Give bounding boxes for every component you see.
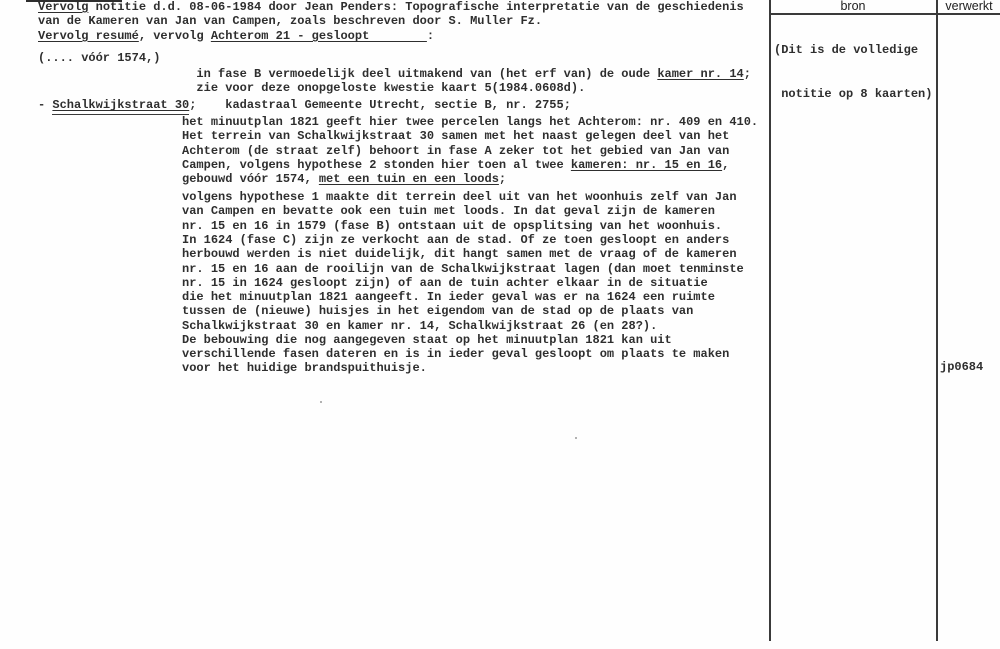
document-line: tussen de (nieuwe) huisjes in het eigend… (38, 305, 693, 318)
text-segment: - (38, 98, 52, 112)
underlined-text: kamer nr. 14 (657, 67, 743, 81)
underlined-text: met een tuin en een loods (319, 172, 499, 186)
bron-column-header: bron (770, 0, 936, 13)
text-segment: (.... vóór 1574,) (38, 51, 160, 65)
text-segment: In 1624 (fase C) zijn ze verkocht aan de… (38, 233, 729, 247)
document-line: nr. 15 in 1624 gesloopt zijn) of aan de … (38, 277, 708, 290)
text-segment: nr. 15 in 1624 gesloopt zijn) of aan de … (38, 276, 708, 290)
document-line: van Campen en bevatte ook een tuin met l… (38, 205, 715, 218)
verwerkt-code: jp0684 (940, 361, 983, 374)
text-segment: ; (499, 172, 506, 186)
document-line: Schalkwijkstraat 30 en kamer nr. 14, Sch… (38, 320, 657, 333)
document-line: Het terrein van Schalkwijkstraat 30 same… (38, 130, 729, 143)
text-segment: volgens hypothese 1 maakte dit terrein d… (38, 190, 737, 204)
document-line: - Schalkwijkstraat 30; kadastraal Gemeen… (38, 99, 571, 112)
text-segment: die het minuutplan 1821 aangeeft. In ied… (38, 290, 715, 304)
text-segment: voor het huidige brandspuithuisje. (38, 361, 427, 375)
scan-speck (320, 401, 322, 403)
underlined-text: Vervolg resumé (38, 29, 139, 43)
text-segment: herbouwd werden is niet duidelijk, dit h… (38, 247, 737, 261)
text-segment: notitie d.d. 08-06-1984 door Jean Pender… (88, 0, 743, 14)
underlined-text: Achterom 21 - gesloopt (211, 29, 427, 43)
text-segment: zie voor deze onopgeloste kwestie kaart … (38, 81, 585, 95)
text-segment: Het terrein van Schalkwijkstraat 30 same… (38, 129, 729, 143)
text-segment: verschillende fasen dateren en is in ied… (38, 347, 729, 361)
text-segment: Campen, volgens hypothese 2 stonden hier… (38, 158, 571, 172)
document-line: herbouwd werden is niet duidelijk, dit h… (38, 248, 737, 261)
text-segment: in fase B vermoedelijk deel uitmakend va… (38, 67, 657, 81)
text-segment: , vervolg (139, 29, 211, 43)
scan-speck (575, 437, 577, 439)
document-line: gebouwd vóór 1574, met een tuin en een l… (38, 173, 506, 186)
document-line: van de Kameren van Jan van Campen, zoals… (38, 15, 542, 28)
document-line: Vervolg notitie d.d. 08-06-1984 door Jea… (38, 1, 744, 14)
bron-note: (Dit is de volledige notitie op 8 kaarte… (774, 14, 932, 131)
document-line: Campen, volgens hypothese 2 stonden hier… (38, 159, 729, 172)
document-line: die het minuutplan 1821 aangeeft. In ied… (38, 291, 715, 304)
text-segment: nr. 15 en 16 in 1579 (fase B) ontstaan u… (38, 219, 722, 233)
text-segment: van de Kameren van Jan van Campen, zoals… (38, 14, 542, 28)
scanned-page: Vervolg notitie d.d. 08-06-1984 door Jea… (0, 0, 1000, 649)
document-line: zie voor deze onopgeloste kwestie kaart … (38, 82, 585, 95)
text-segment: van Campen en bevatte ook een tuin met l… (38, 204, 715, 218)
text-segment: De bebouwing die nog aangegeven staat op… (38, 333, 672, 347)
underlined-text: kameren: nr. 15 en 16 (571, 158, 722, 172)
document-line: Achterom (de straat zelf) behoort in fas… (38, 145, 729, 158)
text-segment: ; kadastraal Gemeente Utrecht, sectie B,… (189, 98, 571, 112)
document-line: Vervolg resumé, vervolg Achterom 21 - ge… (38, 30, 434, 43)
document-line: in fase B vermoedelijk deel uitmakend va… (38, 68, 751, 81)
text-segment: Schalkwijkstraat 30 en kamer nr. 14, Sch… (38, 319, 657, 333)
document-line: voor het huidige brandspuithuisje. (38, 362, 427, 375)
document-line: In 1624 (fase C) zijn ze verkocht aan de… (38, 234, 729, 247)
underlined-text: Vervolg (38, 0, 88, 14)
bron-note-line: notitie op 8 kaarten) (774, 87, 932, 102)
verwerkt-column-header: verwerkt (938, 0, 1000, 13)
document-line: nr. 15 en 16 aan de rooilijn van de Scha… (38, 263, 744, 276)
bron-note-line: (Dit is de volledige (774, 43, 932, 58)
document-line: nr. 15 en 16 in 1579 (fase B) ontstaan u… (38, 220, 722, 233)
document-line: verschillende fasen dateren en is in ied… (38, 348, 729, 361)
text-segment: : (427, 29, 434, 43)
form-rule-vertical-middle (936, 0, 938, 641)
text-segment: ; (744, 67, 751, 81)
document-line: volgens hypothese 1 maakte dit terrein d… (38, 191, 737, 204)
text-segment: Achterom (de straat zelf) behoort in fas… (38, 144, 729, 158)
text-segment: gebouwd vóór 1574, (38, 172, 319, 186)
text-segment: tussen de (nieuwe) huisjes in het eigend… (38, 304, 693, 318)
text-segment: , (722, 158, 729, 172)
document-line: (.... vóór 1574,) (38, 52, 160, 65)
underlined-text: Schalkwijkstraat 30 (52, 98, 189, 115)
form-rule-vertical-left (769, 0, 771, 641)
document-line: het minuutplan 1821 geeft hier twee perc… (38, 116, 758, 129)
text-segment: het minuutplan 1821 geeft hier twee perc… (38, 115, 758, 129)
text-segment: nr. 15 en 16 aan de rooilijn van de Scha… (38, 262, 744, 276)
document-line: De bebouwing die nog aangegeven staat op… (38, 334, 672, 347)
